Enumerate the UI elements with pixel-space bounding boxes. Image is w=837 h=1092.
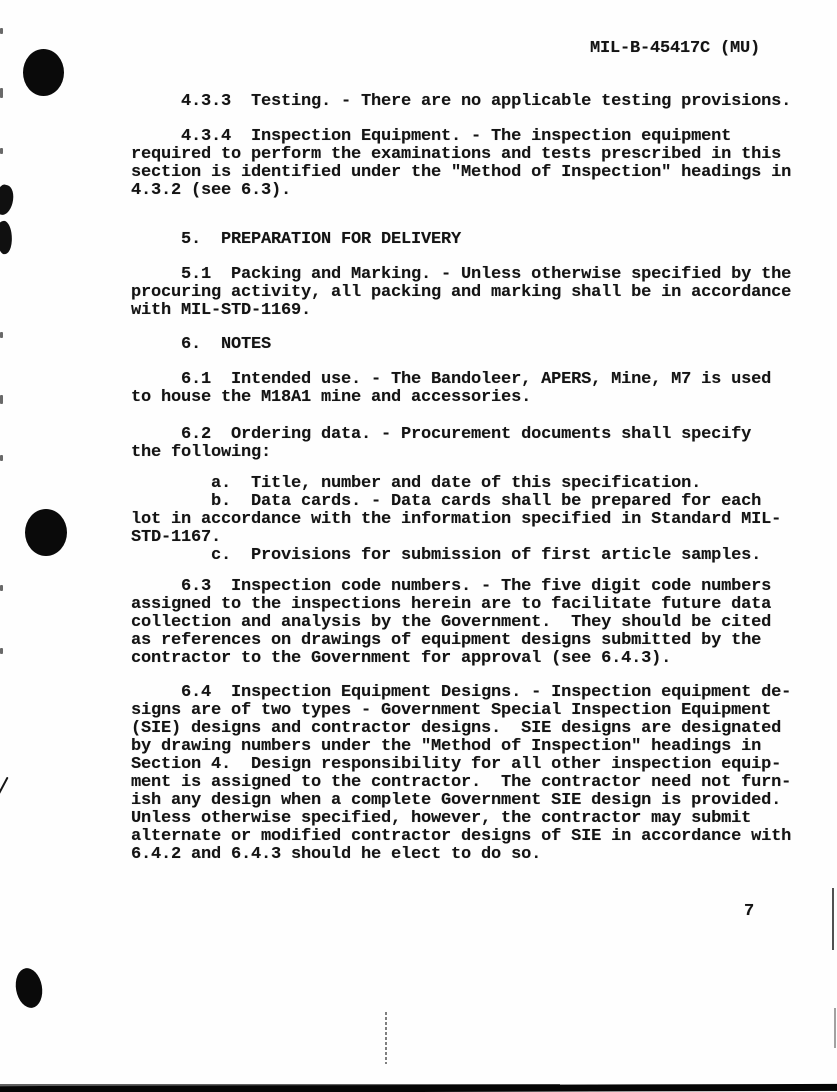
scan-speck [0,148,3,154]
punch-hole-middle-icon [25,509,67,556]
scan-speck [0,648,3,654]
punch-hole-top-icon [23,49,64,96]
section-6-3-inspection-code-numbers: 6.3 Inspection code numbers. - The five … [131,578,771,668]
scan-speck [0,332,3,338]
ink-smudge [0,183,16,216]
scan-speck [0,455,3,461]
section-5-1-packing-and-marking: 5.1 Packing and Marking. - Unless otherw… [131,266,791,320]
crease-mark [385,1012,387,1064]
section-4-3-4-inspection-equipment: 4.3.4 Inspection Equipment. - The inspec… [131,128,791,200]
scan-speck [0,28,3,34]
scan-edge-mark [832,888,834,950]
ink-smudge [0,220,14,255]
heading-5-preparation-for-delivery: 5. PREPARATION FOR DELIVERY [131,231,461,249]
section-4-3-3-testing: 4.3.3 Testing. - There are no applicable… [131,93,791,111]
section-6-2-ordering-data: 6.2 Ordering data. - Procurement documen… [131,426,751,462]
section-6-1-intended-use: 6.1 Intended use. - The Bandoleer, APERS… [131,371,771,407]
scan-speck [0,585,3,591]
page-number: 7 [744,903,754,921]
punch-hole-bottom-icon [13,966,46,1010]
section-6-4-inspection-equipment-designs: 6.4 Inspection Equipment Designs. - Insp… [131,684,791,864]
scan-edge-mark [834,1008,836,1048]
scan-bottom-edge-bar [0,1084,837,1092]
scan-speck [0,88,3,98]
pen-mark [0,777,9,796]
document-page: MIL-B-45417C (MU) 4.3.3 Testing. - There… [0,0,837,1092]
scan-speck [0,395,3,404]
doc-number-header: MIL-B-45417C (MU) [590,40,760,58]
section-6-2-ordering-data-items: a. Title, number and date of this specif… [131,475,781,565]
heading-6-notes: 6. NOTES [131,336,271,354]
